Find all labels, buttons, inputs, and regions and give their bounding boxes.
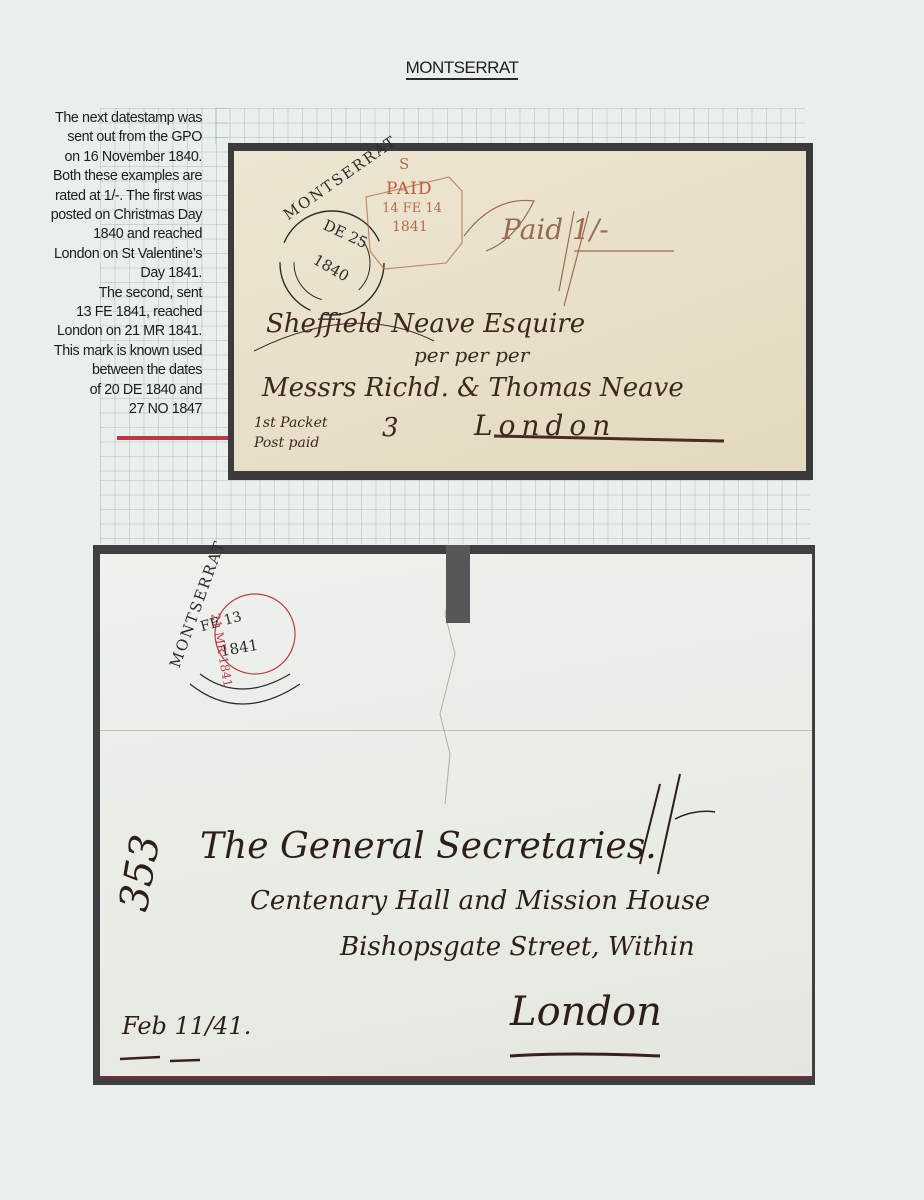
cover1-address-line-1: Sheffield Neave Esquire: [266, 309, 585, 339]
caption-line: 13 FE 1841, reached: [6, 303, 202, 322]
cover2-address-line-4: London: [510, 989, 662, 1035]
caption-pointer-line: [117, 436, 229, 440]
cover1-endorsement-2: Post paid: [254, 435, 319, 451]
caption-line: 1840 and reached: [6, 225, 202, 244]
caption-line: 27 NO 1847: [6, 400, 202, 419]
caption-line: on 16 November 1840.: [6, 148, 202, 167]
cover2-address-line-2: Centenary Hall and Mission House: [250, 886, 710, 916]
caption-line: The next datestamp was: [6, 109, 202, 128]
caption-line: London on St Valentine’s: [6, 245, 202, 264]
cover2-docket-date: Feb 11/41.: [122, 1012, 251, 1040]
cover2-fold-line: [100, 730, 812, 731]
cover1-letter: MONTSERRAT DE 25 1840 S PAID 14 FE 14 18…: [234, 151, 806, 471]
cover1-docket: 3: [382, 413, 399, 443]
cover2-address-line-3: Bishopsgate Street, Within: [340, 932, 695, 962]
caption-line: This mark is known used: [6, 342, 202, 361]
caption-line: Day 1841.: [6, 264, 202, 283]
cover1-address-line-2: per per per: [414, 343, 529, 367]
cover1-manuscript-rate: Paid 1/-: [502, 213, 609, 246]
cover1-endorsement-1: 1st Packet: [254, 415, 328, 431]
caption-line: rated at 1/-. The first was: [6, 187, 202, 206]
cover2-flap-gap: [446, 545, 470, 623]
caption-line: The second, sent: [6, 284, 202, 303]
cover2-letter: MONTSERRAT FE 13 1841 21 MR 1841 1/- The…: [100, 554, 812, 1078]
graph-paper-grid-mid: [100, 480, 810, 544]
cover1-paid-year: 1841: [392, 219, 428, 235]
caption-line: posted on Christmas Day: [6, 206, 202, 225]
cover1-address-line-3: Messrs Richd. & Thomas Neave: [262, 373, 684, 403]
cover1-paid-label: PAID: [386, 179, 433, 199]
caption-line: Both these examples are: [6, 167, 202, 186]
caption-line: London on 21 MR 1841.: [6, 322, 202, 341]
cover1-paid-top: S: [399, 155, 409, 173]
caption-line: between the dates: [6, 361, 202, 380]
page-title: MONTSERRAT: [0, 58, 924, 78]
cover1-paid-date: 14 FE 14: [382, 201, 442, 216]
cover2-address-line-1: The General Secretaries.: [200, 826, 657, 867]
caption-line: sent out from the GPO: [6, 128, 202, 147]
caption-text: The next datestamp wassent out from the …: [6, 109, 202, 420]
caption-line: of 20 DE 1840 and: [6, 381, 202, 400]
cover1-address-line-4: London: [474, 409, 616, 442]
graph-paper-grid-top: [215, 108, 805, 144]
